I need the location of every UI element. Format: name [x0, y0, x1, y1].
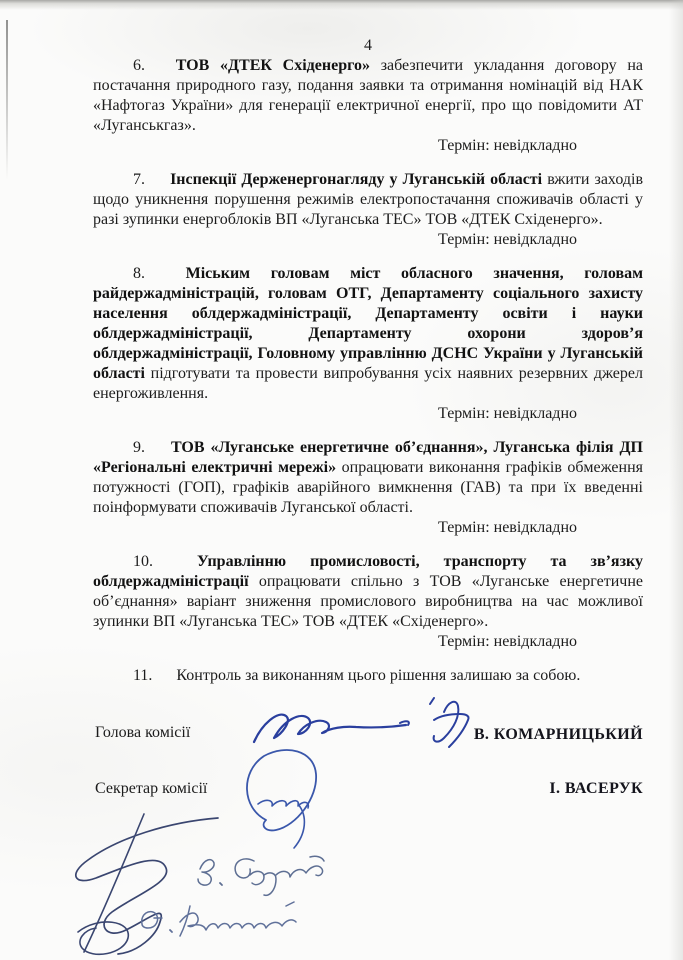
secretary-signature-tail [294, 804, 304, 848]
surab-initial [198, 860, 214, 885]
item-7-paragraph: 7. Інспекції Держенергонагляду у Лугансь… [93, 170, 643, 230]
surab-dot [220, 883, 222, 885]
signature-block: Голова комісії В. КОМАРНИЦЬКИЙ Секретар … [0, 690, 683, 960]
secretary-name: І. ВАСЕРУК [549, 780, 643, 798]
head-of-commission-name: В. КОМАРНИЦЬКИЙ [474, 726, 643, 744]
head-of-commission-label: Голова комісії [95, 724, 190, 742]
item-6-bold-text: ТОВ «ДТЕК Східенерго» [176, 57, 370, 74]
handwritten-name-surab-ink [190, 845, 330, 903]
item-8-term: Термін: невідкладно [93, 404, 643, 424]
item-9-term: Термін: невідкладно [93, 518, 643, 538]
head-signature-apostrophe [430, 698, 434, 704]
item-9-number: 9. [133, 439, 165, 456]
secretary-signature-ink [228, 742, 353, 850]
scanned-document-page: 4 6. ТОВ «ДТЕК Східенерго» забезпечити у… [0, 0, 683, 960]
item-7-number: 7. [133, 171, 165, 188]
item-6-paragraph: 6. ТОВ «ДТЕК Східенерго» забезпечити укл… [93, 56, 643, 136]
yu-initial [142, 912, 162, 928]
item-8-text: підготувати та провести випробування усі… [93, 365, 643, 402]
page-number: 4 [93, 36, 643, 56]
item-11-number: 11. [133, 667, 172, 684]
item-9-paragraph: 9. ТОВ «Луганське енергетичне об’єднання… [93, 438, 643, 518]
item-8-paragraph: 8. Міським головам міст обласного значен… [93, 264, 643, 404]
item-6-term: Термін: невідкладно [93, 136, 643, 156]
scan-edge-left [6, 20, 8, 180]
item-10-number: 10. [133, 553, 173, 570]
item-8-number: 8. [133, 265, 165, 282]
document-body: 4 6. ТОВ «ДТЕК Східенерго» забезпечити у… [93, 36, 643, 686]
item-10-term: Термін: невідкладно [93, 632, 643, 652]
item-11-paragraph: 11. Контроль за виконанням цього рішення… [93, 666, 643, 686]
item-6-number: 6. [133, 57, 165, 74]
head-signature-flourish [434, 702, 469, 747]
item-7-bold-text: Інспекції Держенергонагляду у Луганській… [170, 171, 542, 188]
secretary-label: Секретар комісії [95, 780, 207, 798]
item-11-text: Контроль за виконанням цього рішення зал… [176, 667, 580, 684]
scan-edge-top [0, 0, 683, 10]
head-signature-stroke [254, 715, 406, 742]
yu-surname [180, 902, 296, 936]
surab-surname [235, 856, 324, 895]
item-7-term: Термін: невідкладно [93, 230, 643, 250]
yu-dot [170, 930, 172, 932]
secretary-signature-loop [247, 750, 316, 830]
item-10-paragraph: 10. Управлінню промисловості, транспорту… [93, 552, 643, 632]
handwritten-name-yu-ink [132, 896, 307, 944]
